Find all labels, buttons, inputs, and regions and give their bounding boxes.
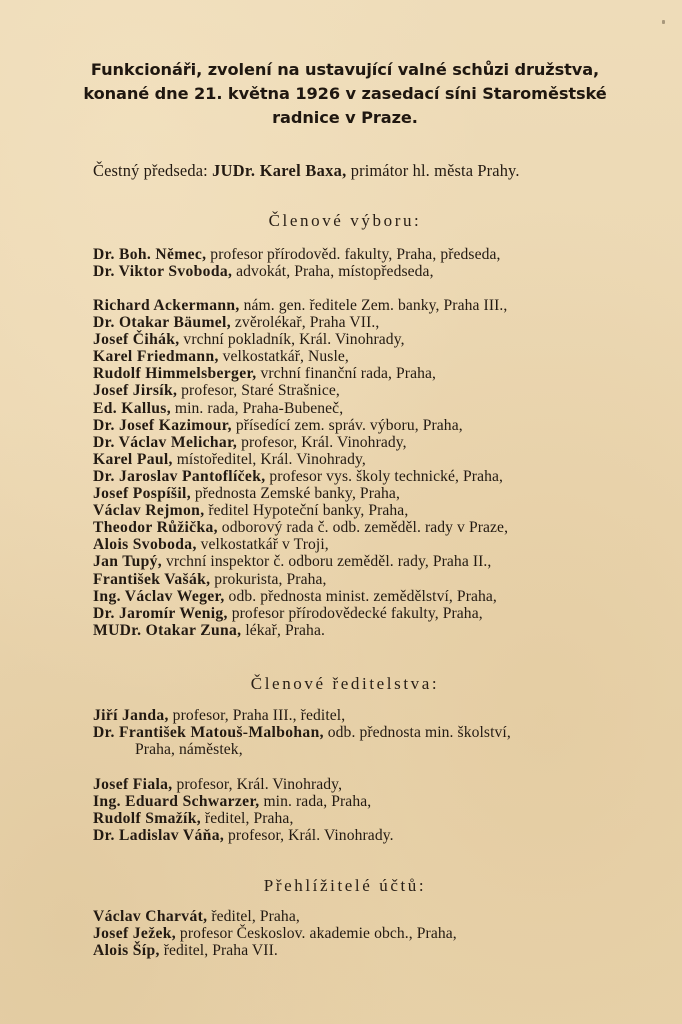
member-desc: profesor, Král. Vinohrady. [228, 827, 394, 844]
member-desc: nám. gen. ředitele Zem. banky, Praha III… [244, 297, 508, 314]
member-desc: profesor přírodovědecké fakulty, Praha, [232, 605, 483, 622]
member-desc: advokát, Praha, místopředseda, [236, 263, 433, 280]
member-name: Dr. Josef Kazimour, [93, 417, 232, 434]
member-desc: přednosta Zemské banky, Praha, [195, 485, 400, 502]
member-name: Jan Tupý, [93, 553, 162, 570]
member-desc: ředitel, Praha, [211, 908, 300, 925]
member-desc: ředitel, Praha VII. [164, 942, 278, 959]
title-line: konané dne 21. května 1926 v zasedací sí… [80, 82, 610, 106]
member-name: Dr. Ladislav Váňa, [93, 827, 224, 844]
title-line: Funkcionáři, zvolení na ustavující valné… [80, 58, 610, 82]
member-name: Rudolf Himmelsberger, [93, 365, 257, 382]
member-desc: odb. přednosta minist. zemědělství, Prah… [229, 588, 497, 605]
member-desc: odb. přednosta min. školství, [328, 724, 511, 741]
list-item: Dr. Boh. Němec, profesor přírodověd. fak… [93, 246, 613, 263]
committee-members-list: Richard Ackermann, nám. gen. ředitele Ze… [93, 297, 613, 639]
list-item: Alois Šíp, ředitel, Praha VII. [93, 942, 613, 959]
member-desc: ředitel, Praha, [205, 810, 294, 827]
member-name: Josef Pospíšil, [93, 485, 191, 502]
member-name: Richard Ackermann, [93, 297, 240, 314]
member-name: Dr. Jaroslav Pantoflíček, [93, 468, 265, 485]
member-desc: odborový rada č. odb. zeměděl. rady v Pr… [222, 519, 508, 536]
list-item: Dr. Jaroslav Pantoflíček, profesor vys. … [93, 468, 613, 485]
member-name: MUDr. Otakar Zuna, [93, 622, 241, 639]
document-title: Funkcionáři, zvolení na ustavující valné… [80, 58, 610, 130]
member-desc: prokurista, Praha, [214, 571, 326, 588]
list-item: Václav Charvát, ředitel, Praha, [93, 908, 613, 925]
member-name: Dr. Otakar Bäumel, [93, 314, 231, 331]
member-name: Josef Čihák, [93, 331, 180, 348]
member-name: Theodor Růžička, [93, 519, 218, 536]
committee-leadership-list: Dr. Boh. Němec, profesor přírodověd. fak… [93, 246, 613, 280]
member-name: Dr. František Matouš-Malbohan, [93, 724, 324, 741]
list-item: Dr. Viktor Svoboda, advokát, Praha, míst… [93, 263, 613, 280]
honorary-chair-line: Čestný předseda: JUDr. Karel Baxa, primá… [93, 160, 520, 182]
member-name: Dr. Viktor Svoboda, [93, 263, 232, 280]
list-item: Dr. Ladislav Váňa, profesor, Král. Vinoh… [93, 827, 613, 844]
honorary-chair-label: Čestný předseda: [93, 161, 208, 180]
auditors-list: Václav Charvát, ředitel, Praha, Josef Je… [93, 908, 613, 959]
member-desc: profesor přírodověd. fakulty, Praha, pře… [210, 246, 500, 263]
member-name: Alois Svoboda, [93, 536, 197, 553]
member-name: Václav Rejmon, [93, 502, 204, 519]
board-leadership-list: Jiří Janda, profesor, Praha III., ředite… [93, 707, 613, 758]
member-name: Karel Friedmann, [93, 348, 219, 365]
list-item: Theodor Růžička, odborový rada č. odb. z… [93, 519, 613, 536]
member-name: František Vašák, [93, 571, 210, 588]
paper-speck [662, 20, 665, 24]
member-desc: přísedící zem. správ. výboru, Praha, [236, 417, 463, 434]
member-name: Karel Paul, [93, 451, 173, 468]
member-desc: profesor vys. školy technické, Praha, [269, 468, 503, 485]
list-item: Dr. František Matouš-Malbohan, odb. před… [93, 724, 613, 758]
member-desc: zvěrolékař, Praha VII., [235, 314, 379, 331]
list-item: Ing. Eduard Schwarzer, min. rada, Praha, [93, 793, 613, 810]
honorary-chair-name: JUDr. Karel Baxa, [212, 161, 346, 180]
list-item: Josef Ježek, profesor Českoslov. akademi… [93, 925, 613, 942]
section-heading-committee: Členové výboru: [80, 210, 610, 232]
member-desc: profesor, Král. Vinohrady, [241, 434, 407, 451]
section-heading-auditors: Přehlížitelé účtů: [80, 875, 610, 897]
member-name: Ed. Kallus, [93, 400, 171, 417]
list-item: Karel Friedmann, velkostatkář, Nusle, [93, 348, 613, 365]
document-page: Funkcionáři, zvolení na ustavující valné… [0, 0, 682, 1024]
list-item: Karel Paul, místoředitel, Král. Vinohrad… [93, 451, 613, 468]
list-item: MUDr. Otakar Zuna, lékař, Praha. [93, 622, 613, 639]
section-heading-board: Členové ředitelstva: [80, 673, 610, 695]
list-item: Rudolf Smažík, ředitel, Praha, [93, 810, 613, 827]
list-item: Richard Ackermann, nám. gen. ředitele Ze… [93, 297, 613, 314]
member-name: Alois Šíp, [93, 942, 160, 959]
list-item: Rudolf Himmelsberger, vrchní finanční ra… [93, 365, 613, 382]
member-name: Josef Fiala, [93, 776, 173, 793]
member-desc: místoředitel, Král. Vinohrady, [177, 451, 366, 468]
member-desc: velkostatkář v Troji, [201, 536, 329, 553]
member-desc: min. rada, Praha-Bubeneč, [175, 400, 343, 417]
board-members-list: Josef Fiala, profesor, Král. Vinohrady, … [93, 776, 613, 844]
member-name: Rudolf Smažík, [93, 810, 201, 827]
list-item: Alois Svoboda, velkostatkář v Troji, [93, 536, 613, 553]
member-desc: min. rada, Praha, [263, 793, 371, 810]
member-name: Jiří Janda, [93, 707, 169, 724]
member-desc: profesor, Staré Strašnice, [181, 382, 340, 399]
member-desc: vrchní inspektor č. odboru zeměděl. rady… [166, 553, 491, 570]
list-item: Jan Tupý, vrchní inspektor č. odboru zem… [93, 553, 613, 570]
member-name: Josef Ježek, [93, 925, 176, 942]
member-desc: vrchní pokladník, Král. Vinohrady, [183, 331, 404, 348]
member-desc: vrchní finanční rada, Praha, [260, 365, 436, 382]
member-desc: profesor Českoslov. akademie obch., Prah… [180, 925, 457, 942]
list-item: Josef Čihák, vrchní pokladník, Král. Vin… [93, 331, 613, 348]
member-desc-continuation: Praha, náměstek, [93, 741, 613, 758]
list-item: Josef Fiala, profesor, Král. Vinohrady, [93, 776, 613, 793]
member-name: Dr. Václav Melichar, [93, 434, 237, 451]
list-item: Dr. Otakar Bäumel, zvěrolékař, Praha VII… [93, 314, 613, 331]
member-name: Ing. Václav Weger, [93, 588, 225, 605]
list-item: Dr. Václav Melichar, profesor, Král. Vin… [93, 434, 613, 451]
list-item: Václav Rejmon, ředitel Hypoteční banky, … [93, 502, 613, 519]
list-item: Ing. Václav Weger, odb. přednosta minist… [93, 588, 613, 605]
member-desc: ředitel Hypoteční banky, Praha, [208, 502, 408, 519]
list-item: Ed. Kallus, min. rada, Praha-Bubeneč, [93, 400, 613, 417]
member-name: Dr. Boh. Němec, [93, 246, 206, 263]
member-desc: lékař, Praha. [245, 622, 325, 639]
member-name: Václav Charvát, [93, 908, 207, 925]
list-item: Dr. Josef Kazimour, přísedící zem. správ… [93, 417, 613, 434]
member-desc: velkostatkář, Nusle, [223, 348, 349, 365]
member-name: Dr. Jaromír Wenig, [93, 605, 228, 622]
title-line: radnice v Praze. [80, 106, 610, 130]
list-item: Josef Pospíšil, přednosta Zemské banky, … [93, 485, 613, 502]
list-item: Jiří Janda, profesor, Praha III., ředite… [93, 707, 613, 724]
list-item: František Vašák, prokurista, Praha, [93, 571, 613, 588]
member-name: Ing. Eduard Schwarzer, [93, 793, 260, 810]
honorary-chair-desc: primátor hl. města Prahy. [351, 161, 520, 180]
list-item: Josef Jirsík, profesor, Staré Strašnice, [93, 382, 613, 399]
list-item: Dr. Jaromír Wenig, profesor přírodovědec… [93, 605, 613, 622]
member-desc: profesor, Praha III., ředitel, [173, 707, 346, 724]
member-desc: profesor, Král. Vinohrady, [176, 776, 342, 793]
member-name: Josef Jirsík, [93, 382, 177, 399]
